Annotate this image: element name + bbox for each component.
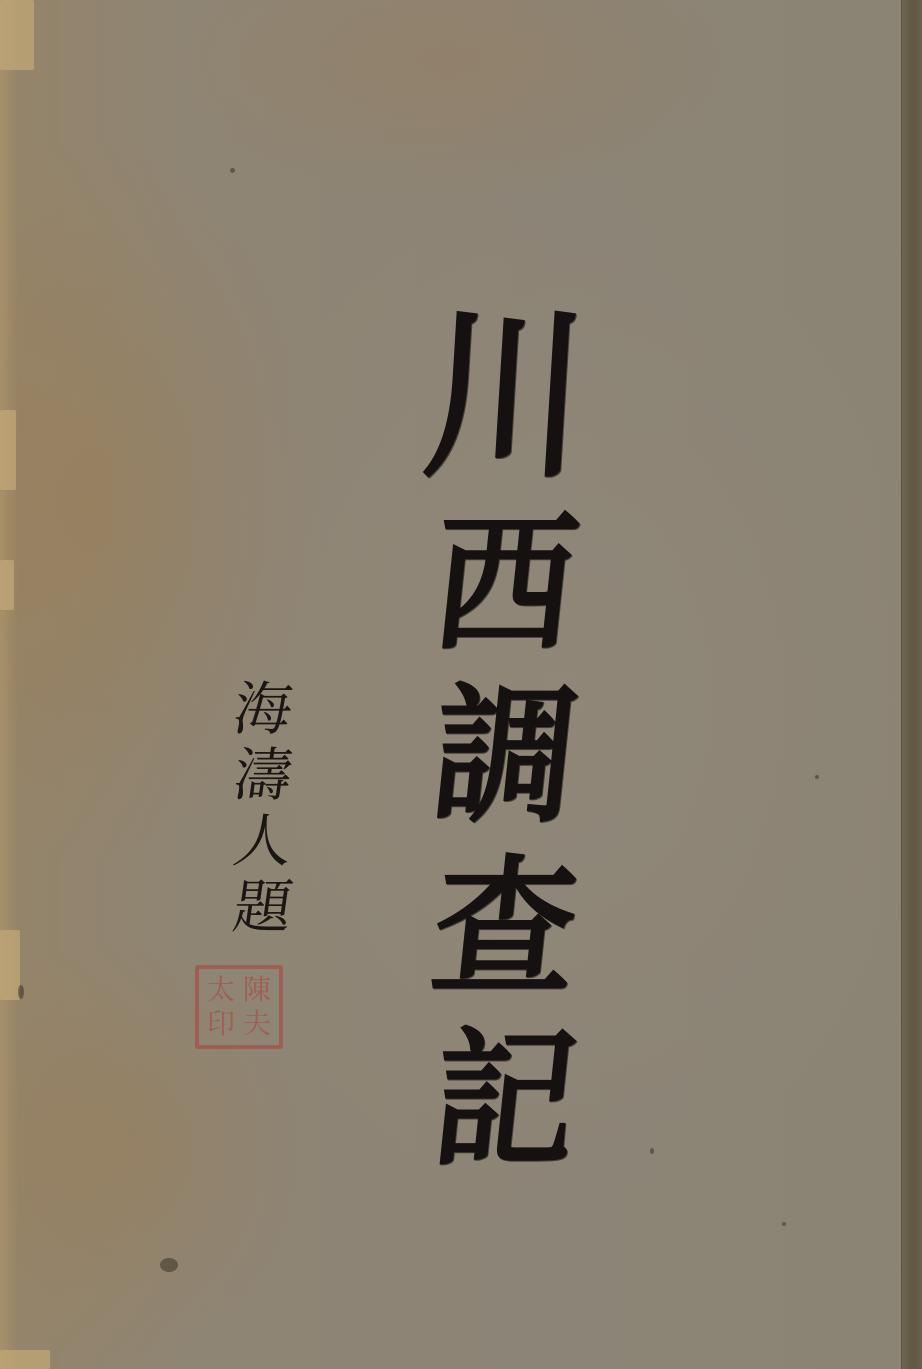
paper-flake [0, 0, 34, 70]
paper-flake [0, 410, 16, 490]
calligrapher-inscription: 海 濤 人 題 [218, 680, 308, 944]
inscription-char: 濤 [230, 746, 296, 804]
ink-speck [160, 1258, 178, 1272]
seal-char: 夫 [239, 1007, 275, 1041]
title-char: 川 [419, 303, 590, 487]
book-title: 川 西 調 查 記 [410, 315, 600, 1197]
title-char: 西 [426, 509, 584, 659]
seal-char: 陳 [239, 973, 275, 1007]
book-cover: 川 西 調 查 記 海 濤 人 題 陳 太 夫 印 [0, 0, 922, 1369]
inscription-char: 題 [230, 878, 296, 936]
red-seal-stamp: 陳 太 夫 印 [195, 965, 283, 1049]
ink-speck [815, 775, 819, 779]
title-char: 調 [426, 681, 584, 831]
torn-left-edge [0, 0, 18, 1369]
paper-flake [0, 930, 20, 1000]
ink-speck [230, 168, 235, 173]
seal-char: 印 [203, 1007, 239, 1041]
spine-edge [901, 0, 922, 1369]
paper-flake [0, 1350, 50, 1369]
inscription-char: 人 [230, 812, 296, 870]
title-char: 查 [426, 853, 584, 1003]
ink-speck [782, 1222, 786, 1226]
seal-char: 太 [203, 973, 239, 1007]
ink-speck [18, 985, 24, 999]
title-char: 記 [426, 1025, 584, 1175]
ink-speck [650, 1148, 654, 1154]
paper-flake [0, 560, 14, 610]
inscription-char: 海 [230, 680, 296, 738]
